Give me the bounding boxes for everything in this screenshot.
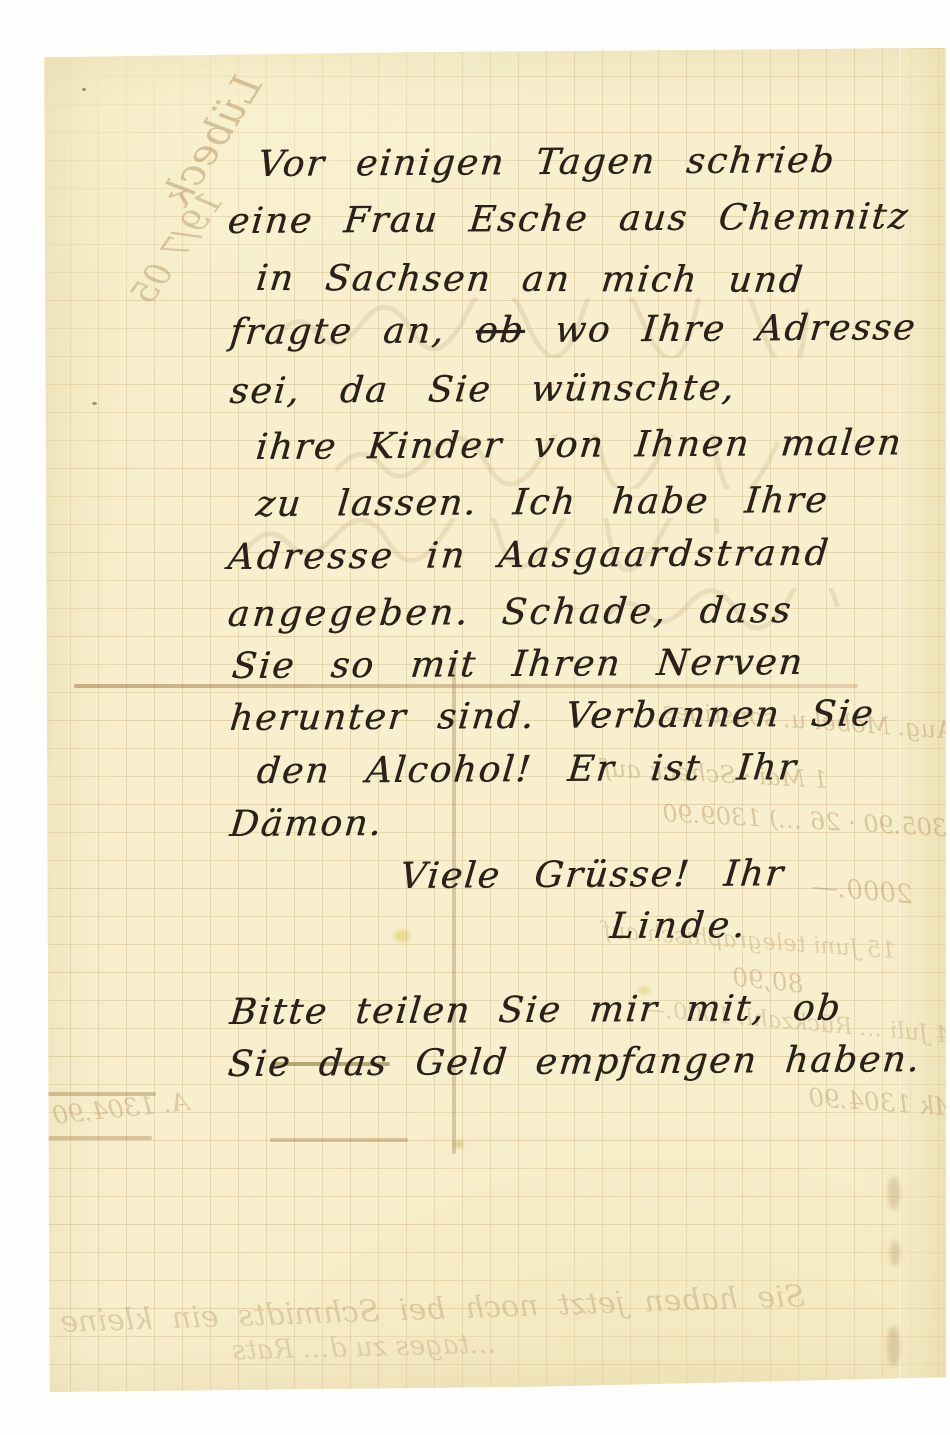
letter-line: herunter sind. Verbannen Sie (228, 694, 877, 739)
bleedthrough-rule-line (270, 1138, 408, 1142)
letter-line: Sie so mit Ihren Nerven (230, 642, 806, 687)
crease-smudge (888, 1176, 900, 1210)
paper-stain (454, 1140, 464, 1148)
bleedthrough-rule-line (48, 1136, 152, 1140)
letter-closing: Viele Grüsse! Ihr (398, 853, 787, 897)
letter-line: fragte an, ob wo Ihre Adresse (228, 307, 919, 353)
struck-word: ob (474, 310, 527, 351)
letter-signature: Linde. (608, 905, 751, 947)
bleedthrough-rule-line (44, 1092, 156, 1096)
ink-speck (82, 88, 86, 91)
letter-postscript-line: Sie das Geld empfangen haben. (226, 1039, 923, 1085)
letter-line: Vor einigen Tagen schrieb (256, 140, 838, 185)
letter-line: ihre Kinder von Ihnen malen (254, 422, 905, 468)
letter-line: in Sachsen an mich und (254, 258, 806, 301)
letter-line: Dämon. (228, 803, 385, 845)
letter-line-segment: wo Ihre Adresse (523, 307, 919, 351)
letter-line: den Alcohol! Er ist Ihr (255, 747, 799, 792)
crease-smudge (890, 1240, 900, 1266)
letter-page: Lübeck 19/7 05 14 Aug. Möbel u. sonstige… (42, 48, 946, 1392)
letter-line: zu lassen. Ich habe Ihre (254, 480, 831, 525)
letter-line: angegeben. Schade, dass (226, 590, 795, 635)
letter-line-segment: fragte an, (228, 310, 478, 353)
bleedthrough-bottom-line: …tages zu d… Rats (232, 1329, 497, 1367)
letter-postscript-line: Bitte teilen Sie mir mit, ob (228, 988, 844, 1033)
ink-speck (92, 402, 97, 405)
paper-stain (394, 930, 410, 942)
letter-line: sei, da Sie wünschte, (228, 367, 738, 412)
crease-smudge (887, 1326, 900, 1366)
letter-line: Adresse in Aasgaardstrand (226, 533, 833, 578)
letter-line: eine Frau Esche aus Chemnitz (226, 196, 911, 242)
